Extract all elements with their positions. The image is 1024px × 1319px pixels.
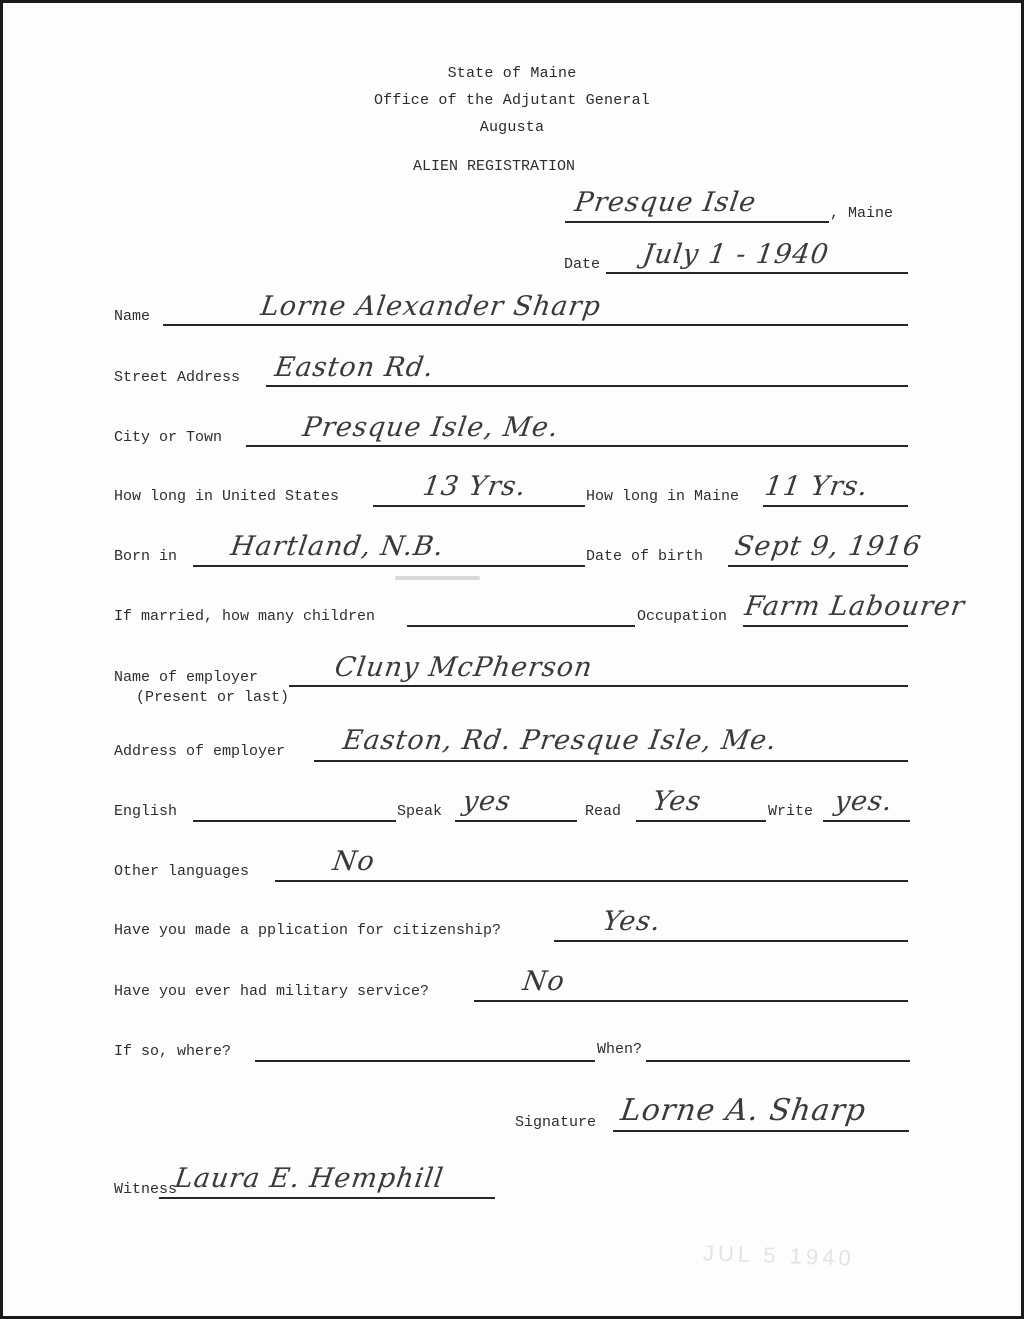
employer-name-value[interactable]: Cluny McPherson bbox=[333, 652, 595, 683]
military-line bbox=[474, 1000, 908, 1002]
occupation-line bbox=[743, 625, 908, 627]
name-label: Name bbox=[114, 308, 150, 325]
employer-name-sublabel: (Present or last) bbox=[136, 689, 289, 706]
other-languages-label: Other languages bbox=[114, 863, 249, 880]
where-line bbox=[255, 1060, 595, 1062]
born-in-line bbox=[193, 565, 585, 567]
date-label: Date bbox=[564, 256, 600, 273]
dob-value[interactable]: Sept 9, 1916 bbox=[733, 531, 924, 562]
english-line bbox=[193, 820, 396, 822]
received-stamp: JUL 5 1940 bbox=[703, 1240, 856, 1271]
how-long-us-value[interactable]: 13 Yrs. bbox=[421, 471, 528, 502]
place-line bbox=[565, 221, 829, 223]
city-line bbox=[246, 445, 908, 447]
where-label: If so, where? bbox=[114, 1043, 231, 1060]
name-line bbox=[163, 324, 908, 326]
occupation-value[interactable]: Farm Labourer bbox=[743, 591, 967, 622]
born-in-value[interactable]: Hartland, N.B. bbox=[229, 531, 446, 562]
signature-line bbox=[613, 1130, 909, 1132]
header-city: Augusta bbox=[3, 119, 1021, 136]
employer-name-label: Name of employer bbox=[114, 669, 258, 686]
speak-line bbox=[455, 820, 577, 822]
write-line bbox=[823, 820, 910, 822]
speak-label: Speak bbox=[397, 803, 442, 820]
how-long-maine-line bbox=[763, 505, 908, 507]
other-languages-value[interactable]: No bbox=[331, 846, 377, 877]
place-value[interactable]: Presque Isle bbox=[573, 187, 759, 218]
witness-label: Witness bbox=[114, 1181, 177, 1198]
write-label: Write bbox=[768, 803, 813, 820]
citizenship-value[interactable]: Yes. bbox=[601, 906, 663, 937]
how-long-maine-label: How long in Maine bbox=[586, 488, 739, 505]
witness-value[interactable]: Laura E. Hemphill bbox=[173, 1163, 446, 1194]
header-state: State of Maine bbox=[3, 65, 1021, 82]
dob-line bbox=[728, 565, 908, 567]
date-value[interactable]: July 1 - 1940 bbox=[641, 239, 831, 270]
form-title: ALIEN REGISTRATION bbox=[413, 158, 575, 175]
how-long-us-line bbox=[373, 505, 585, 507]
read-label: Read bbox=[585, 803, 621, 820]
read-value[interactable]: Yes bbox=[651, 786, 704, 817]
how-long-us-label: How long in United States bbox=[114, 488, 339, 505]
children-label: If married, how many children bbox=[114, 608, 375, 625]
how-long-maine-value[interactable]: 11 Yrs. bbox=[763, 471, 870, 502]
other-languages-line bbox=[275, 880, 908, 882]
smudge-mark bbox=[395, 576, 480, 580]
city-value[interactable]: Presque Isle, Me. bbox=[301, 412, 561, 443]
military-value[interactable]: No bbox=[521, 966, 567, 997]
employer-address-label: Address of employer bbox=[114, 743, 285, 760]
children-line bbox=[407, 625, 635, 627]
write-value[interactable]: yes. bbox=[833, 786, 895, 817]
born-in-label: Born in bbox=[114, 548, 177, 565]
date-line bbox=[606, 272, 908, 274]
when-line bbox=[646, 1060, 910, 1062]
citizenship-label: Have you made a pplication for citizensh… bbox=[114, 922, 501, 939]
employer-name-line bbox=[289, 685, 908, 687]
read-line bbox=[636, 820, 766, 822]
dob-label: Date of birth bbox=[586, 548, 703, 565]
employer-address-line bbox=[314, 760, 908, 762]
when-label: When? bbox=[597, 1041, 642, 1058]
name-value[interactable]: Lorne Alexander Sharp bbox=[259, 291, 603, 322]
alien-registration-form: State of Maine Office of the Adjutant Ge… bbox=[3, 3, 1021, 1316]
header-office: Office of the Adjutant General bbox=[3, 92, 1021, 109]
citizenship-line bbox=[554, 940, 908, 942]
witness-line bbox=[159, 1197, 495, 1199]
english-label: English bbox=[114, 803, 177, 820]
employer-address-value[interactable]: Easton, Rd. Presque Isle, Me. bbox=[341, 725, 779, 756]
military-label: Have you ever had military service? bbox=[114, 983, 429, 1000]
speak-value[interactable]: yes bbox=[461, 786, 513, 817]
street-address-label: Street Address bbox=[114, 369, 240, 386]
street-address-line bbox=[266, 385, 908, 387]
city-label: City or Town bbox=[114, 429, 222, 446]
occupation-label: Occupation bbox=[637, 608, 727, 625]
place-suffix: , Maine bbox=[830, 205, 893, 222]
signature-value[interactable]: Lorne A. Sharp bbox=[619, 1093, 869, 1128]
signature-label: Signature bbox=[515, 1114, 596, 1131]
street-address-value[interactable]: Easton Rd. bbox=[273, 352, 436, 383]
